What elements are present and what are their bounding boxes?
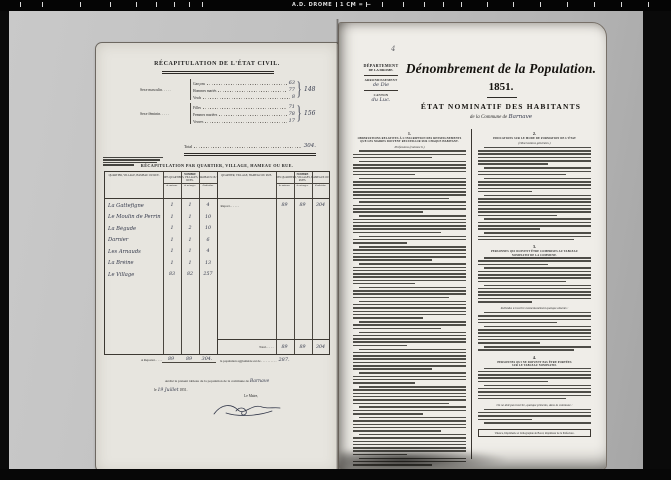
text-line [353, 338, 466, 340]
cell-value-handwritten: 1 [163, 261, 181, 266]
text-line [484, 167, 591, 169]
printer-imprint: Valence, Imprimerie et Lithographie de B… [478, 429, 591, 437]
text-line [484, 312, 591, 314]
text-line [478, 191, 532, 193]
total-row-label: Total. . . . . [218, 345, 276, 349]
group-total-handwritten: 156 [304, 110, 315, 117]
text-line [353, 167, 466, 169]
text-line [478, 315, 591, 317]
ruler-tick [80, 2, 81, 7]
text-line [484, 218, 591, 220]
cell-value-handwritten: 304 [312, 345, 330, 350]
ruler-tick [136, 2, 137, 7]
mayor-signature [208, 399, 286, 421]
text-line [353, 297, 449, 299]
quartier-name-handwritten: La Bégude [105, 226, 163, 232]
cell-value-handwritten: 1 [181, 215, 199, 220]
text-line [484, 267, 591, 269]
text-line [478, 377, 591, 379]
row-value-handwritten: 71 [289, 104, 295, 110]
section-subheading: (Observations générales.) [478, 141, 591, 145]
cell-value-handwritten: 89 [294, 203, 312, 208]
text-line [478, 163, 548, 165]
text-line [484, 232, 591, 234]
text-line [353, 355, 466, 357]
text-line [353, 427, 466, 429]
table-row: Darnier116 [105, 235, 217, 247]
cell-value-handwritten: 1 [181, 238, 199, 243]
text-line [353, 280, 466, 282]
text-line [353, 225, 466, 227]
cell-value-handwritten: 4 [199, 249, 217, 254]
film-edge-bottom [0, 469, 671, 480]
ruler-tick [189, 2, 190, 7]
text-line [478, 342, 540, 344]
ruler-tick [567, 2, 568, 7]
text-line [353, 382, 415, 384]
cell-value-handwritten: 1 [181, 203, 199, 208]
dotted-leader [219, 114, 286, 116]
brace-glyph: } [297, 80, 301, 99]
sub-column-header: de maisons. [276, 185, 294, 188]
text-line [484, 326, 591, 328]
cell-value-handwritten: 1 [163, 203, 181, 208]
text-line [478, 208, 591, 210]
text-line [478, 339, 591, 341]
text-line [478, 412, 591, 414]
sex-group-label: Sexe masculin. . . . . [140, 88, 190, 92]
commune-value-handwritten: Barnave [509, 114, 533, 120]
text-line [353, 256, 466, 258]
text-line [478, 239, 574, 241]
etat-civil-group: Sexe masculin. . . . .Garçons63Hommes ma… [140, 79, 330, 100]
section-heading: INDICATIONS SUR LE MODE DE FORMATION DE … [478, 137, 591, 140]
ruler-tick [382, 2, 383, 7]
row-value-handwritten: 63 [289, 80, 295, 86]
text-line [353, 211, 423, 213]
text-line [353, 242, 407, 244]
quartier-name-handwritten: La Gattefigne [105, 203, 163, 209]
text-line [353, 219, 466, 221]
text-line [478, 174, 566, 176]
subsection-heading: Individus à inscrire momentanément quoiq… [478, 306, 591, 310]
text-line [353, 184, 466, 186]
text-line [359, 417, 466, 419]
text-line [478, 398, 566, 400]
text-line [478, 388, 591, 390]
text-line [478, 150, 591, 152]
commune-line: de la Commune de Barnave [395, 114, 607, 120]
text-line [353, 188, 466, 190]
section-subheading: Professions (colonne 6.) [353, 145, 466, 149]
etat-civil-row: Filles71 [193, 103, 295, 110]
text-line [353, 273, 466, 275]
carry-value-handwritten: 89 [162, 357, 180, 363]
text-line [484, 385, 591, 387]
census-title: Dénombrement de la Population. [401, 61, 601, 77]
text-line [478, 322, 557, 324]
instructions-column-2: 2.INDICATIONS SUR LE MODE DE FORMATION D… [478, 129, 591, 437]
text-line [359, 287, 466, 289]
text-line [359, 178, 466, 180]
text-line [478, 264, 548, 266]
text-line [484, 257, 591, 259]
cell-value-handwritten: 2 [181, 226, 199, 231]
cell-value-handwritten: 83 [163, 272, 181, 277]
text-line [478, 277, 591, 279]
ruler-tick [202, 2, 203, 7]
paragraph-gap [478, 353, 591, 354]
ruler-tick [156, 2, 157, 7]
etat-civil-total-line: Total 304. [184, 143, 316, 149]
ruler-tick [110, 2, 111, 7]
section-number: 1. [353, 131, 466, 136]
ruler-tick [424, 2, 425, 7]
text-line [353, 174, 415, 176]
text-line [478, 181, 591, 183]
ruler-tick [174, 2, 175, 7]
text-line [359, 236, 466, 238]
text-line [353, 267, 466, 269]
text-line [478, 157, 591, 159]
section-number: 4. [478, 355, 591, 360]
text-line [478, 288, 591, 290]
cell-value-handwritten: 6 [199, 238, 217, 243]
text-line [353, 304, 466, 306]
text-line [478, 419, 532, 421]
text-line [478, 301, 532, 303]
left-page: RÉCAPITULATION DE L'ÉTAT CIVIL. Sexe mas… [95, 42, 339, 474]
text-line [359, 161, 466, 163]
ruler-tick [20, 2, 21, 7]
text-line [478, 374, 591, 376]
nombre-group-header: NOMBREDES QUARTIERS, VILLAGES, HAMEAUX O… [163, 173, 217, 182]
text-line [484, 368, 591, 370]
text-line [353, 239, 466, 241]
film-ruler-bar: A.D. DROME 1 CM = — [0, 0, 671, 11]
text-line [478, 225, 591, 227]
quartier-name-handwritten: Le Village [105, 272, 163, 278]
etat-civil-row: Femmes mariées78 [193, 110, 295, 117]
cell-value-handwritten: 4 [199, 203, 217, 208]
text-line [353, 410, 466, 412]
etat-civil-row: Garçons63 [193, 79, 295, 86]
text-line [478, 391, 591, 393]
text-line [353, 379, 466, 381]
text-line [478, 332, 591, 334]
text-line [359, 301, 466, 303]
text-line [353, 324, 466, 326]
sex-group-label: Sexe féminin. . . . . [140, 112, 190, 116]
text-line [484, 147, 591, 149]
text-line [478, 415, 591, 417]
row-label: Femmes mariées [193, 113, 217, 117]
text-line [353, 328, 441, 330]
paragraph-gap [478, 401, 591, 402]
text-line [353, 399, 466, 401]
agglomerated-value-handwritten: 287. [278, 357, 289, 363]
quartier-name-handwritten: Le Moulin de Perrin [105, 214, 163, 220]
section-number: 3. [478, 244, 591, 249]
title-underline [162, 71, 274, 74]
text-line [478, 188, 591, 190]
text-line [359, 246, 466, 248]
table-header: QUARTIER, VILLAGE, HAMEAU OU RUE.NOMBRED… [105, 172, 217, 199]
table-total-row: Total. . . . .8989304 [218, 339, 330, 354]
instructions-column-1: 1.OBSERVATIONS RELATIVES À L'INSCRIPTION… [353, 129, 466, 468]
census-year: 1851. [401, 81, 601, 93]
total-value-handwritten: 304. [304, 143, 316, 149]
paragraph-gap [478, 242, 591, 243]
text-line [353, 335, 466, 337]
closing-commune-handwritten: Barnave [250, 379, 269, 384]
cell-value-handwritten: 1 [163, 249, 181, 254]
text-line [478, 171, 591, 173]
text-line [353, 396, 466, 398]
text-line [478, 294, 591, 296]
text-line [353, 389, 466, 391]
text-line [353, 154, 466, 156]
ruler-tick [336, 2, 337, 7]
total-label: Total [184, 144, 192, 149]
dotted-leader [207, 83, 287, 85]
ruler-tick [621, 2, 622, 7]
text-line [103, 159, 160, 160]
quartier-table-left-half: QUARTIER, VILLAGE, HAMEAU OU RUE.NOMBRED… [105, 172, 218, 354]
film-edge-right [643, 11, 671, 480]
sub-column-header: de ménages. [294, 185, 312, 188]
text-line [353, 205, 466, 207]
text-line [478, 281, 566, 283]
film-edge-left [0, 11, 9, 480]
text-line [478, 271, 591, 273]
dotted-leader [194, 146, 302, 148]
group-line: DES QUARTIERS, VILLAGES, HAMEAUX OU RUES… [276, 176, 330, 182]
microfilm-scan-viewport: A.D. DROME 1 CM = — RÉCAPITULATION DE L'… [0, 0, 671, 480]
text-line [353, 368, 432, 370]
cell-value-handwritten: 82 [181, 272, 199, 277]
text-line [353, 311, 466, 313]
table-row: Report. . . . . .8989304 [218, 200, 330, 212]
ruler-tick [351, 2, 352, 7]
text-line [478, 236, 591, 238]
text-line [484, 195, 591, 197]
text-line [353, 276, 466, 278]
quartier-name-handwritten: Darnier [105, 237, 163, 243]
text-line [478, 205, 591, 207]
text-line [484, 422, 591, 424]
subsection-heading: On ne doit pas inscrire, quoique présent… [478, 403, 591, 407]
cell-value-handwritten: 257 [199, 272, 217, 277]
ruler-tick [487, 2, 488, 7]
section-heading: QUE LES MAIRES DOIVENT RECUEILLIR SUR CH… [353, 140, 466, 143]
mayor-label: Le Maire, [244, 394, 258, 398]
sub-column-header: de ménages. [181, 185, 199, 188]
text-line [353, 290, 466, 292]
ruler-tick [594, 2, 595, 7]
text-line [359, 215, 466, 217]
text-line [478, 211, 591, 213]
text-line [478, 319, 591, 321]
archive-label: A.D. DROME [292, 2, 332, 8]
carry-label: A Reporter. . . . . [104, 358, 162, 362]
text-line [353, 403, 449, 405]
text-line [484, 346, 591, 348]
ruler-tick [403, 2, 404, 7]
text-line [353, 413, 423, 415]
group-total-handwritten: 148 [304, 86, 315, 93]
cell-value-handwritten: 1 [163, 226, 181, 231]
text-line [359, 332, 466, 334]
text-line [484, 178, 591, 180]
cell-value-handwritten: 1 [163, 215, 181, 220]
text-line [359, 321, 466, 323]
text-line [353, 253, 466, 255]
closing-date: le 19 Juillet 1851. [154, 388, 188, 393]
table-row: La Bréine1113 [105, 258, 217, 270]
divider [487, 97, 517, 98]
divider [364, 75, 398, 76]
ruler-tick [443, 2, 444, 7]
text-line [353, 249, 466, 251]
text-line [353, 341, 466, 343]
dotted-leader [203, 107, 287, 109]
gutter-shadow [340, 439, 590, 469]
cell-value-handwritten: 89 [276, 345, 294, 350]
text-line [353, 317, 423, 319]
text-line [353, 393, 466, 395]
text-line [353, 270, 466, 272]
text-line [478, 260, 591, 262]
row-label: Hommes mariés [193, 89, 216, 93]
text-line [353, 365, 466, 367]
agglomerated-label: la population agglomérée est de . . . . … [220, 359, 276, 363]
table-row: Le Village8382257 [105, 269, 217, 281]
text-line [484, 409, 591, 411]
cell-value-handwritten: 89 [294, 345, 312, 350]
cell-value-handwritten: 10 [199, 215, 217, 220]
dotted-leader [205, 121, 286, 123]
closing-date-handwritten: 19 Juillet [158, 388, 179, 393]
section-number: 2. [478, 131, 591, 136]
text-line [478, 222, 591, 224]
etat-civil-group: Sexe féminin. . . . .Filles71Femmes mari… [140, 103, 330, 124]
cell-value-handwritten: 13 [199, 261, 217, 266]
row-value-handwritten: 17 [289, 118, 295, 124]
etat-civil-table: Sexe masculin. . . . .Garçons63Hommes ma… [140, 79, 330, 127]
dotted-leader [203, 97, 290, 99]
text-line [353, 171, 466, 173]
ruler-tick [461, 2, 462, 7]
cell-value-handwritten: 1 [181, 261, 199, 266]
text-line [353, 362, 466, 364]
scan-background: RÉCAPITULATION DE L'ÉTAT CIVIL. Sexe mas… [9, 11, 643, 469]
sub-column-header: de maisons. [163, 185, 181, 188]
text-line [353, 314, 466, 316]
text-line [484, 285, 591, 287]
text-line [478, 274, 591, 276]
carry-value-handwritten: 304. [198, 357, 216, 363]
text-line [353, 208, 466, 210]
total-double-rule [184, 153, 316, 156]
text-line [478, 215, 557, 217]
text-line [103, 157, 163, 158]
nombre-group-header: NOMBREDES QUARTIERS, VILLAGES, HAMEAUX O… [276, 173, 330, 182]
table-row: La Gattefigne114 [105, 200, 217, 212]
table-header: QUARTIER, VILLAGE, HAMEAU OU RUE.NOMBRED… [218, 172, 330, 199]
text-line [353, 430, 441, 432]
text-line [353, 283, 415, 285]
text-line [478, 329, 591, 331]
cell-value-handwritten: 304 [312, 203, 330, 208]
quartier-table: QUARTIER, VILLAGE, HAMEAU OU RUE.NOMBRED… [104, 171, 330, 355]
text-line [359, 201, 466, 203]
row-label: Filles [193, 106, 201, 110]
text-line [353, 376, 466, 378]
cell-value-handwritten: 10 [199, 226, 217, 231]
text-line [478, 336, 591, 338]
text-line [478, 198, 591, 200]
text-line [478, 395, 591, 397]
etat-civil-row: Hommes mariés77 [193, 86, 295, 93]
group-line: DES QUARTIERS, VILLAGES, HAMEAUX OU RUES… [163, 176, 217, 182]
row-label: Veuves [193, 120, 203, 124]
text-line [478, 298, 591, 300]
ruler-tick [540, 2, 541, 7]
name-column-header: QUARTIER, VILLAGE, HAMEAU OU RUE. [218, 174, 276, 177]
text-line [353, 293, 466, 295]
nominal-roll-subtitle: ÉTAT NOMINATIF DES HABITANTS [395, 102, 607, 111]
text-line [478, 160, 591, 162]
quartier-table-title: RÉCAPITULATION PAR QUARTIER, VILLAGE, HA… [96, 163, 338, 168]
text-line [353, 164, 466, 166]
text-line [359, 372, 466, 374]
row-label: Report. . . . . . [218, 204, 276, 208]
text-line [359, 434, 466, 436]
text-line [359, 150, 466, 152]
text-line [353, 232, 441, 234]
text-line [353, 194, 466, 196]
text-line [353, 352, 466, 354]
text-line [353, 345, 407, 347]
text-line [478, 184, 591, 186]
text-line [353, 191, 466, 193]
row-label: Garçons [193, 82, 205, 86]
text-line [478, 381, 548, 383]
text-line [478, 201, 591, 203]
text-line [353, 358, 466, 360]
text-line [359, 386, 466, 388]
right-page: 4 DÉPARTEMENT DE LA DROME. ARRONDISSEMEN… [338, 22, 607, 470]
table-row: Les Arnauds114 [105, 246, 217, 258]
row-value-handwritten: 77 [289, 87, 295, 93]
paragraph-gap [478, 426, 591, 427]
quartier-table-right-half: QUARTIER, VILLAGE, HAMEAU OU RUE.NOMBRED… [218, 172, 330, 354]
ruler-tick [513, 2, 514, 7]
carry-value-handwritten: 89 [180, 357, 198, 363]
name-column-header: QUARTIER, VILLAGE, HAMEAU OU RUE. [105, 174, 163, 177]
sub-column-header: d'individus. [312, 185, 330, 188]
brace-glyph: } [297, 104, 301, 123]
text-line [359, 263, 466, 265]
text-line [478, 228, 540, 230]
text-line [353, 198, 449, 200]
cell-value-handwritten: 1 [181, 249, 199, 254]
text-line [353, 181, 466, 183]
sex-group-rows: Garçons63Hommes mariés77Veufs8 [190, 79, 295, 100]
text-line [353, 259, 432, 261]
quartier-name-handwritten: Les Arnauds [105, 249, 163, 255]
